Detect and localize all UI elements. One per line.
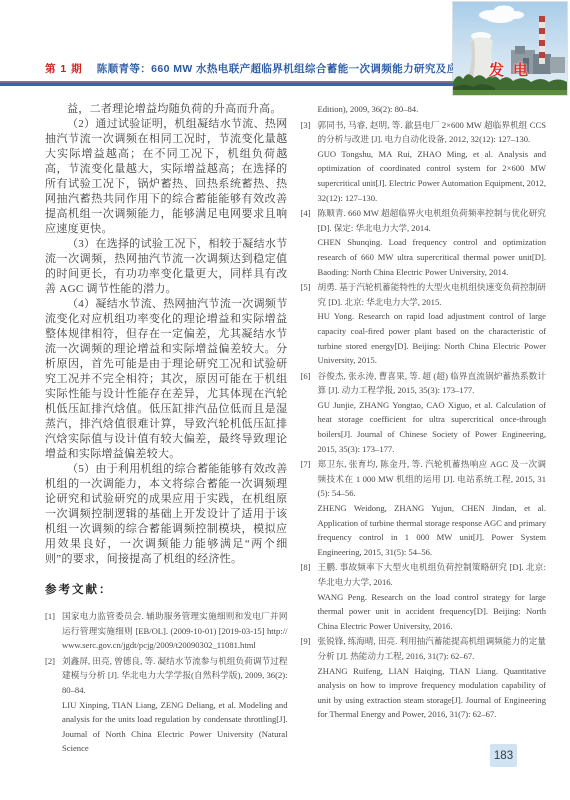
reference-item: [7] 郑卫东, 张育均, 陈金丹, 等. 汽轮机蓄热响应 AGC 及一次调频技… — [301, 457, 547, 559]
running-head: 第 1 期陈顺青等：660 MW 水热电联产超临界机组综合蓄能一次调频能力研究及… — [45, 59, 453, 77]
reference-text: Edition), 2009, 36(2): 80–84. — [318, 102, 547, 117]
journal-page: 第 1 期陈顺青等：660 MW 水热电联产超临界机组综合蓄能一次调频能力研究及… — [0, 0, 570, 800]
reference-item: [3] 郭同书, 马睿, 赵明, 等. 歙县电厂 2×600 MW 超临界机组 … — [301, 118, 547, 206]
reference-item: [1] 国家电力监管委员会. 辅助服务管理实施细则和发电厂并网运行管理实施细则 … — [45, 609, 288, 653]
right-column: Edition), 2009, 36(2): 80–84. [3] 郭同书, 马… — [301, 102, 547, 757]
reference-text: 陈顺青. 660 MW 超超临界火电机组负荷频率控制与优化研究 [D]. 保定:… — [318, 206, 547, 279]
page-body: 益，二者理论增益均随负荷的升高而升高。 （2）通过试验证明，机组凝结水节流、热网… — [0, 96, 570, 757]
references-list-left: [1] 国家电力监管委员会. 辅助服务管理实施细则和发电厂并网运行管理实施细则 … — [45, 609, 288, 756]
reference-text-en: Edition), 2009, 36(2): 80–84. — [318, 102, 547, 117]
body-paragraph: （3）在选择的试验工况下，相较于凝结水节流一次调频，热网抽汽节流一次调频达到稳定… — [45, 237, 288, 297]
references-list-right: Edition), 2009, 36(2): 80–84. [3] 郭同书, 马… — [301, 102, 547, 722]
reference-text-zh: 张锐锋, 练海晴, 田亮. 利用抽汽蓄能提高机组调频能力的定量分析 [J]. 热… — [318, 634, 547, 663]
reference-text: 胡勇. 基于汽轮机蓄能特性的大型火电机组快速变负荷控制研究 [D]. 北京: 华… — [318, 280, 547, 368]
reference-text-zh: 王鹏. 事故频率下大型火电机组负荷控制策略研究 [D]. 北京: 华北电力大学,… — [318, 560, 547, 589]
issue-label: 第 1 期 — [45, 63, 83, 75]
reference-text-en: ZHANG Ruifeng, LIAN Haiqing, TIAN Liang.… — [318, 664, 547, 722]
reference-text: 谷俊杰, 张永涛, 曹喜果, 等. 超 (超) 临界直流锅炉蓄热系数计算 [J]… — [318, 369, 547, 457]
reference-text-zh: 胡勇. 基于汽轮机蓄能特性的大型火电机组快速变负荷控制研究 [D]. 北京: 华… — [318, 280, 547, 309]
reference-number: [7] — [301, 457, 318, 559]
reference-text-en: LIU Xinping, TIAN Liang, ZENG Deliang, e… — [62, 698, 288, 756]
reference-text-en: WANG Peng. Research on the load control … — [318, 590, 547, 634]
body-paragraph: （2）通过试验证明，机组凝结水节流、热网抽汽节流一次调频在相同工况时，节流变化量… — [45, 117, 288, 237]
reference-number: [8] — [301, 560, 318, 633]
reference-text-en: CHEN Shunqing. Load frequency control an… — [318, 235, 547, 279]
power-plant-photo: 发电 — [453, 2, 567, 95]
reference-item: [6] 谷俊杰, 张永涛, 曹喜果, 等. 超 (超) 临界直流锅炉蓄热系数计算… — [301, 369, 547, 457]
reference-item: [8] 王鹏. 事故频率下大型火电机组负荷控制策略研究 [D]. 北京: 华北电… — [301, 560, 547, 633]
page-header: 第 1 期陈顺青等：660 MW 水热电联产超临界机组综合蓄能一次调频能力研究及… — [0, 0, 570, 96]
reference-number: [9] — [301, 634, 318, 722]
journal-logo-text: 发电 — [489, 59, 537, 80]
header-rule — [0, 81, 453, 86]
reference-text-en: ZHENG Weidong, ZHANG Yujun, CHEN Jindan,… — [318, 501, 547, 559]
reference-text-en: GU Junjie, ZHANG Yongtao, CAO Xiguo, et … — [318, 398, 547, 456]
reference-text-zh: 陈顺青. 660 MW 超超临界火电机组负荷频率控制与优化研究 [D]. 保定:… — [318, 206, 547, 235]
reference-text: 郭同书, 马睿, 赵明, 等. 歙县电厂 2×600 MW 超临界机组 CCS … — [318, 118, 547, 206]
reference-number: [3] — [301, 118, 318, 206]
reference-number: [4] — [301, 206, 318, 279]
power-plant-illustration — [453, 2, 567, 95]
reference-text-zh: 郭同书, 马睿, 赵明, 等. 歙县电厂 2×600 MW 超临界机组 CCS … — [318, 118, 547, 147]
left-column: 益，二者理论增益均随负荷的升高而升高。 （2）通过试验证明，机组凝结水节流、热网… — [45, 102, 288, 757]
reference-text: 郑卫东, 张育均, 陈金丹, 等. 汽轮机蓄热响应 AGC 及一次调频技术在 1… — [318, 457, 547, 559]
reference-text-zh: 谷俊杰, 张永涛, 曹喜果, 等. 超 (超) 临界直流锅炉蓄热系数计算 [J]… — [318, 369, 547, 398]
reference-text-en: HU Yong. Research on rapid load adjustme… — [318, 309, 547, 367]
chimney — [539, 16, 545, 64]
reference-item: [5] 胡勇. 基于汽轮机蓄能特性的大型火电机组快速变负荷控制研究 [D]. 北… — [301, 280, 547, 368]
reference-text-zh: 刘鑫屏, 田亮, 曾德良, 等. 凝结水节流参与机组负荷调节过程建模与分析 [J… — [62, 654, 288, 698]
reference-text: 张锐锋, 练海晴, 田亮. 利用抽汽蓄能提高机组调频能力的定量分析 [J]. 热… — [318, 634, 547, 722]
conclusion-paragraphs: 益，二者理论增益均随负荷的升高而升高。 （2）通过试验证明，机组凝结水节流、热网… — [45, 102, 288, 567]
reference-text-zh: 国家电力监管委员会. 辅助服务管理实施细则和发电厂并网运行管理实施细则 [EB/… — [62, 609, 288, 653]
page-number-badge: 183 — [490, 744, 517, 767]
reference-number: [1] — [45, 609, 62, 653]
reference-text: 国家电力监管委员会. 辅助服务管理实施细则和发电厂并网运行管理实施细则 [EB/… — [62, 609, 288, 653]
running-title: 陈顺青等：660 MW 水热电联产超临界机组综合蓄能一次调频能力研究及应用 — [97, 63, 453, 75]
reference-text: 刘鑫屏, 田亮, 曾德良, 等. 凝结水节流参与机组负荷调节过程建模与分析 [J… — [62, 654, 288, 756]
reference-item: Edition), 2009, 36(2): 80–84. — [301, 102, 547, 117]
reference-item: [2] 刘鑫屏, 田亮, 曾德良, 等. 凝结水节流参与机组负荷调节过程建模与分… — [45, 654, 288, 756]
reference-number: [6] — [301, 369, 318, 457]
body-paragraph: （5）由于利用机组的综合蓄能能够有效改善机组的一次调能力，本文将综合蓄能一次调频… — [45, 462, 288, 567]
body-paragraph: （4）凝结水节流、热网抽汽节流一次调频节流变化对应机组功率变化的理论增益和实际增… — [45, 297, 288, 462]
references-heading: 参考文献： — [45, 581, 288, 597]
reference-number: [2] — [45, 654, 62, 756]
reference-text-zh: 郑卫东, 张育均, 陈金丹, 等. 汽轮机蓄热响应 AGC 及一次调频技术在 1… — [318, 457, 547, 501]
body-paragraph: 益，二者理论增益均随负荷的升高而升高。 — [45, 102, 288, 117]
reference-text-en: GUO Tongshu, MA Rui, ZHAO Ming, et al. A… — [318, 147, 547, 205]
reference-text: 王鹏. 事故频率下大型火电机组负荷控制策略研究 [D]. 北京: 华北电力大学,… — [318, 560, 547, 633]
reference-item: [9] 张锐锋, 练海晴, 田亮. 利用抽汽蓄能提高机组调频能力的定量分析 [J… — [301, 634, 547, 722]
reference-item: [4] 陈顺青. 660 MW 超超临界火电机组负荷频率控制与优化研究 [D].… — [301, 206, 547, 279]
reference-number: [5] — [301, 280, 318, 368]
reference-number — [301, 102, 318, 117]
